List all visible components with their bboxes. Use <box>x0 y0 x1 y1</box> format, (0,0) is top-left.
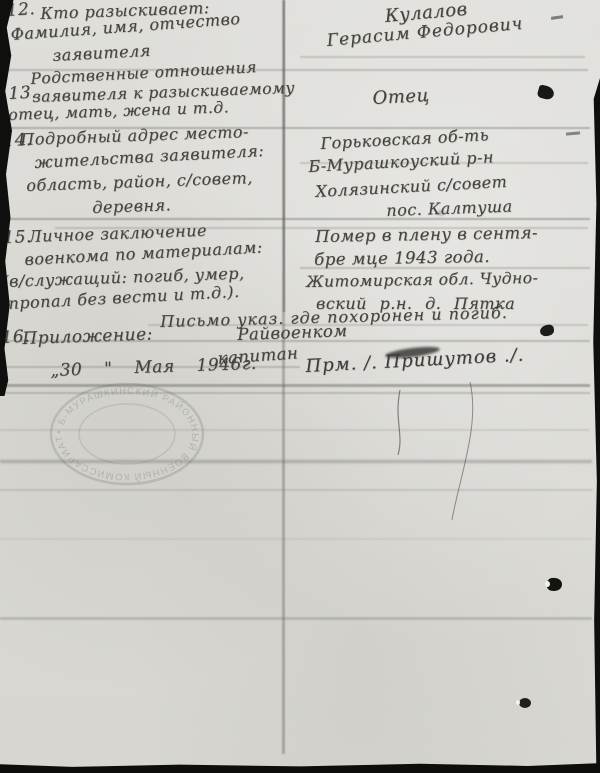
paper-hole-highlight <box>516 700 520 705</box>
fold-crease-horizontal <box>0 460 592 463</box>
item15-answer-line: Житомирская обл. Чудно- <box>306 269 538 291</box>
ruled-line <box>0 384 590 387</box>
ink-blot <box>539 324 555 337</box>
item15-answer-line: Помер в плену в сентя- <box>315 223 538 246</box>
item14-answer-line: Холязинский с/совет <box>315 172 508 201</box>
ink-blot <box>537 84 556 101</box>
item12-question-line: заявителя <box>52 41 151 65</box>
smudge <box>437 210 445 216</box>
ruled-line <box>300 56 585 58</box>
official-stamp: • Б-МУРАШКИНСКИЙ РАЙОННЫЙ ВОЕННЫЙ КОМИСС… <box>42 376 212 496</box>
item14-answer-line: пос. Калтуша <box>386 197 513 220</box>
item14-question-line: область, район, с/совет, <box>26 168 253 195</box>
pen-dash <box>551 15 563 19</box>
paper-hole-highlight <box>545 581 550 587</box>
fold-crease-horizontal <box>0 617 592 620</box>
official-title-line: Райвоенком <box>237 321 348 344</box>
item15-answer-line: бре мце 1943 года. <box>314 247 490 269</box>
signature: Прм. /. Пришутов ./. <box>305 345 525 377</box>
item16-label: Приложение: <box>22 324 153 349</box>
column-divider-line <box>283 0 285 312</box>
date-line: „30 " Мая 1946г. <box>50 354 257 381</box>
scan-background: • Б-МУРАШКИНСКИЙ РАЙОННЫЙ ВОЕННЫЙ КОМИСС… <box>0 0 600 773</box>
item14-question-line: деревня. <box>92 195 171 217</box>
fold-crease-horizontal <box>0 538 592 540</box>
item13-answer-line: Отец <box>372 85 430 109</box>
signature-tails <box>380 380 500 530</box>
fold-crease-horizontal <box>0 489 592 491</box>
fold-crease-horizontal <box>0 392 590 394</box>
fold-crease-horizontal <box>0 429 590 431</box>
ruled-line <box>0 218 590 220</box>
paper-hole <box>519 698 531 708</box>
pen-dash <box>566 131 580 135</box>
document-paper: • Б-МУРАШКИНСКИЙ РАЙОННЫЙ ВОЕННЫЙ КОМИСС… <box>0 0 600 773</box>
